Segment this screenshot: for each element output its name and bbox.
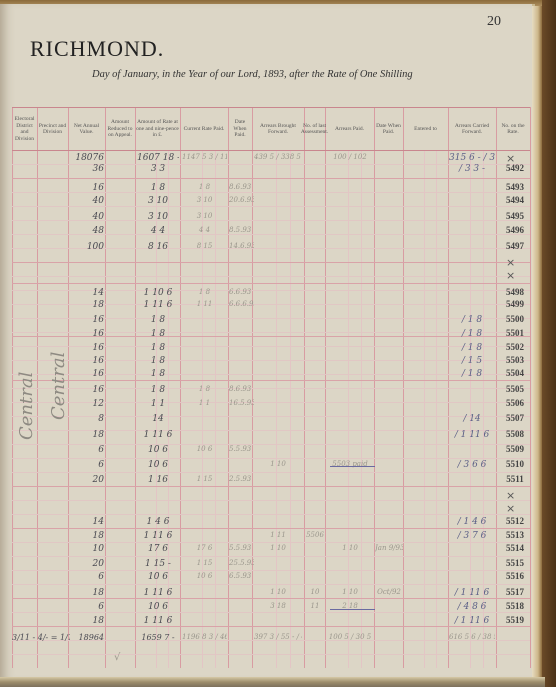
page-number: 20 bbox=[487, 14, 501, 30]
cell-date-paid: 14.6.93 bbox=[229, 242, 254, 250]
cell-current-paid: 1 8 bbox=[182, 385, 227, 393]
cell-nav: 8 bbox=[70, 414, 104, 424]
page-edge-stack bbox=[532, 6, 542, 680]
cell-nav: 6 bbox=[70, 602, 104, 612]
row-rule bbox=[12, 556, 530, 557]
cell-rate: 4 4 bbox=[137, 226, 179, 236]
total-arrears-paid: 100 5 / 30 5 bbox=[327, 633, 373, 641]
money-subrule bbox=[424, 150, 425, 668]
cell-rate: 1 8 bbox=[137, 356, 179, 366]
cell-current-paid: 3 10 bbox=[182, 212, 227, 220]
cell-carried: 315 6 - / 315 6 bbox=[449, 153, 495, 163]
cell-current-paid: 17 6 bbox=[182, 544, 227, 552]
column-header-last-assess: No. of last Assessment. bbox=[305, 108, 324, 150]
cell-arrears-paid: 1 10 bbox=[327, 588, 373, 596]
section-rule bbox=[12, 626, 530, 627]
cell-current-paid: 3 10 bbox=[182, 196, 227, 204]
cell-rate-no: 5493 bbox=[500, 182, 530, 192]
column-header-rate-no: No. on the Rate. bbox=[497, 108, 529, 150]
cell-rate-no: 5513 bbox=[500, 530, 530, 540]
row-rule bbox=[12, 458, 530, 459]
column-rule bbox=[530, 107, 531, 668]
cell-rate-no: 5499 bbox=[500, 299, 530, 309]
cell-rate: 1 11 6 bbox=[137, 588, 179, 598]
cell-rate: 10 6 bbox=[137, 602, 179, 612]
section-rule bbox=[12, 380, 530, 381]
total-rate: 1659 7 - bbox=[137, 633, 179, 642]
cell-current-paid: 1 15 bbox=[182, 559, 227, 567]
cell-current-paid: 4 4 bbox=[182, 226, 227, 234]
book-cover-edge bbox=[542, 0, 556, 687]
cell-arrears-paid: 1 10 bbox=[327, 544, 373, 552]
cell-rate: 10 6 bbox=[137, 460, 179, 470]
column-header-reduced: Amount Reduced to on Appeal. bbox=[106, 108, 134, 150]
total-fraction-note: 3/11 - 4/- = 1/12 bbox=[12, 633, 70, 642]
cell-rate-no: 5512 bbox=[500, 516, 530, 526]
cell-date-paid: 6.6.93 bbox=[229, 288, 254, 296]
cell-nav: 12 bbox=[70, 399, 104, 409]
margin-note-central-1: Central bbox=[16, 372, 37, 440]
row-rule bbox=[12, 500, 530, 501]
cell-nav: 18 bbox=[70, 531, 104, 541]
cell-carried: / 1 11 6 bbox=[449, 616, 495, 626]
row-rule bbox=[12, 514, 530, 515]
cell-rate-no: 5504 bbox=[500, 368, 530, 378]
cell-last-assess: 5506 bbox=[305, 531, 325, 539]
cell-date-paid: 8.5.93 bbox=[229, 226, 254, 234]
cell-rate-no: 5515 bbox=[500, 558, 530, 568]
cell-rate: 10 6 bbox=[137, 445, 179, 455]
column-header-date-paid: Date When Paid. bbox=[229, 108, 251, 150]
cell-date-paid: 8.6.93 bbox=[229, 183, 254, 191]
cancel-cross-icon: × bbox=[506, 256, 515, 269]
row-rule bbox=[12, 276, 530, 277]
column-header-electoral: Electoral District and Division bbox=[13, 108, 36, 150]
cell-current-paid: 1147 5 3 / 1104 8 9 bbox=[182, 153, 227, 161]
cell-nav: 48 bbox=[70, 226, 104, 236]
column-header-carried: Arrears Carried Forward. bbox=[449, 108, 495, 150]
cell-date-paid: 8.6.93 bbox=[229, 385, 254, 393]
cell-date-paid: 6.5.93 bbox=[229, 572, 254, 580]
cell-nav: 16 bbox=[70, 183, 104, 193]
cell-rate-no: 5497 bbox=[500, 241, 530, 251]
cell-current-paid: 8 15 bbox=[182, 242, 227, 250]
cell-rate-no: 5511 bbox=[500, 474, 530, 484]
column-header-current-paid: Current Rate Paid. bbox=[181, 108, 227, 150]
cell-rate: 1607 18 - bbox=[137, 153, 179, 163]
cell-nav: 18 bbox=[70, 300, 104, 310]
cell-carried: / 4 8 6 bbox=[449, 602, 495, 612]
cell-date-paid: 2.5.93 bbox=[229, 475, 254, 483]
cell-current-paid: 1 8 bbox=[182, 183, 227, 191]
cell-rate-no: 5496 bbox=[500, 225, 530, 235]
cell-nav: 40 bbox=[70, 196, 104, 206]
column-header-arrears-bf: Arrears Brought Forward. bbox=[253, 108, 303, 150]
cell-rate-no: 5500 bbox=[500, 314, 530, 324]
column-header-precinct: Precinct and Division bbox=[38, 108, 67, 150]
cell-rate: 1 8 bbox=[137, 329, 179, 339]
column-header-arrears-date: Date When Paid. bbox=[375, 108, 402, 150]
cell-rate-no: 5503 bbox=[500, 355, 530, 365]
cell-rate-no: 5508 bbox=[500, 429, 530, 439]
cell-nav: 36 bbox=[70, 164, 104, 174]
cell-carried: / 3 3 - bbox=[449, 164, 495, 174]
section-rule bbox=[12, 528, 530, 529]
cell-arrears-bf: 1 10 bbox=[254, 544, 302, 552]
cell-arrears-bf: 1 11 bbox=[254, 531, 302, 539]
section-rule bbox=[12, 262, 530, 263]
header-bottom-rule bbox=[12, 150, 530, 151]
cell-date-paid: 20.6.93 bbox=[229, 196, 254, 204]
cell-rate: 1 8 bbox=[137, 369, 179, 379]
cell-nav: 18 bbox=[70, 616, 104, 626]
cell-rate-no: 5510 bbox=[500, 459, 530, 469]
cell-rate-no: 5517 bbox=[500, 587, 530, 597]
cell-rate: 17 6 bbox=[137, 544, 179, 554]
cell-nav: 16 bbox=[70, 343, 104, 353]
cell-rate: 3 10 bbox=[137, 212, 179, 222]
cell-nav: 100 bbox=[70, 242, 104, 252]
cell-arrears-date: Jan 9/93 bbox=[375, 544, 403, 552]
cell-rate: 1 11 6 bbox=[137, 300, 179, 310]
section-rule bbox=[12, 598, 530, 599]
cancel-cross-icon: × bbox=[506, 269, 515, 282]
cancel-cross-icon: × bbox=[506, 502, 515, 515]
cell-rate: 1 8 bbox=[137, 315, 179, 325]
cell-date-paid: 5.5.93 bbox=[229, 445, 254, 453]
cell-rate: 1 11 6 bbox=[137, 616, 179, 626]
section-rule bbox=[12, 486, 530, 487]
row-rule bbox=[12, 654, 530, 655]
cell-current-paid: 10 6 bbox=[182, 445, 227, 453]
row-rule bbox=[12, 472, 530, 473]
cell-rate: 1 11 6 bbox=[137, 430, 179, 440]
cell-rate: 3 3 bbox=[137, 164, 179, 174]
section-rule bbox=[12, 178, 530, 179]
row-rule bbox=[12, 584, 530, 585]
cell-rate-no: 5501 bbox=[500, 328, 530, 338]
cell-rate: 1 10 6 bbox=[137, 288, 179, 298]
cell-nav: 14 bbox=[70, 517, 104, 527]
cell-last-assess: 11 bbox=[305, 602, 325, 610]
cell-current-paid: 1 15 bbox=[182, 475, 227, 483]
cell-rate: 1 8 bbox=[137, 183, 179, 193]
cell-date-paid: 16.5.93 bbox=[229, 399, 254, 407]
cell-carried: / 1 11 6 bbox=[449, 588, 495, 598]
cell-rate: 1 8 bbox=[137, 343, 179, 353]
cell-rate: 1 1 bbox=[137, 399, 179, 409]
row-rule bbox=[12, 206, 530, 207]
cell-date-paid: 25.5.93 bbox=[229, 559, 254, 567]
cell-current-paid: 1 11 bbox=[182, 300, 227, 308]
cell-rate: 1 4 6 bbox=[137, 517, 179, 527]
cell-nav: 16 bbox=[70, 356, 104, 366]
cell-carried: / 1 8 bbox=[449, 315, 495, 325]
column-header-arrears-paid: Arrears Paid. bbox=[326, 108, 373, 150]
total-arrears-bf: 397 3 / 55 - / 452 - - bbox=[254, 633, 302, 641]
cell-nav: 40 bbox=[70, 212, 104, 222]
cell-rate-no: 5492 bbox=[500, 163, 530, 173]
cell-rate: 1 16 bbox=[137, 475, 179, 485]
margin-note-central-2: Central bbox=[48, 352, 69, 420]
cell-rate-no: 5494 bbox=[500, 195, 530, 205]
cell-rate-no: 5516 bbox=[500, 571, 530, 581]
cell-arrears-date: Oct/92 bbox=[375, 588, 403, 596]
cell-nav: 6 bbox=[70, 460, 104, 470]
cell-carried: / 3 6 6 bbox=[449, 460, 495, 470]
column-header-nav: Net Annual Value. bbox=[69, 108, 104, 150]
cell-rate: 8 16 bbox=[137, 242, 179, 252]
cell-nav: 16 bbox=[70, 369, 104, 379]
cell-rate-no: 5519 bbox=[500, 615, 530, 625]
cell-nav: 6 bbox=[70, 445, 104, 455]
cell-carried: / 14 bbox=[449, 414, 495, 424]
cell-rate: 10 6 bbox=[137, 572, 179, 582]
total-nav: 18964 bbox=[68, 633, 104, 642]
cell-nav: 18076 bbox=[70, 153, 104, 163]
money-subrule bbox=[436, 150, 437, 668]
column-header-entered: Entered to bbox=[404, 108, 447, 150]
page-title: RICHMOND. bbox=[30, 36, 164, 62]
cell-rate-no: 5514 bbox=[500, 543, 530, 553]
cell-carried: / 1 4 6 bbox=[449, 517, 495, 527]
cell-carried: / 3 7 6 bbox=[449, 531, 495, 541]
cell-current-paid: 1 8 bbox=[182, 288, 227, 296]
cell-carried: / 1 5 bbox=[449, 356, 495, 366]
cell-arrears-bf: 439 5 / 338 5 3 / 559 5 3 bbox=[254, 153, 302, 161]
cell-date-paid: 5.5.93 bbox=[229, 544, 254, 552]
cell-rate-no: 5509 bbox=[500, 444, 530, 454]
cell-arrears-bf: 3 18 bbox=[254, 602, 302, 610]
cell-nav: 10 bbox=[70, 544, 104, 554]
cell-rate-no: 5505 bbox=[500, 384, 530, 394]
total-current-paid: 1196 8 3 / 463 3 9 bbox=[182, 633, 227, 641]
cell-rate-no: 5498 bbox=[500, 287, 530, 297]
cell-nav: 14 bbox=[70, 288, 104, 298]
cell-nav: 20 bbox=[70, 559, 104, 569]
row-rule bbox=[12, 542, 530, 543]
cell-carried: / 1 8 bbox=[449, 329, 495, 339]
cell-nav: 18 bbox=[70, 430, 104, 440]
cell-nav: 6 bbox=[70, 572, 104, 582]
cell-nav: 16 bbox=[70, 329, 104, 339]
cell-date-paid: 6.6.6.93 bbox=[229, 300, 254, 308]
cancel-cross-icon: × bbox=[506, 489, 515, 502]
cell-rate: 1 15 - bbox=[137, 559, 179, 569]
cell-arrears-bf: 1 10 bbox=[254, 588, 302, 596]
cell-nav: 20 bbox=[70, 475, 104, 485]
cell-carried: / 1 8 bbox=[449, 343, 495, 353]
cell-carried: / 1 8 bbox=[449, 369, 495, 379]
cell-rate-no: 5502 bbox=[500, 342, 530, 352]
cell-rate: 3 10 bbox=[137, 196, 179, 206]
cell-arrears-paid: 100 / 102 bbox=[327, 153, 373, 161]
cell-nav: 16 bbox=[70, 315, 104, 325]
cell-nav: 18 bbox=[70, 588, 104, 598]
cell-rate-no: 5506 bbox=[500, 398, 530, 408]
row-rule bbox=[12, 612, 530, 613]
cell-rate: 1 8 bbox=[137, 385, 179, 395]
cell-rate-no: 5495 bbox=[500, 211, 530, 221]
total-carried: 616 5 6 / 38 5 6 bbox=[449, 633, 495, 641]
cell-current-paid: 10 6 bbox=[182, 572, 227, 580]
page-subtitle: Day of January, in the Year of our Lord,… bbox=[92, 69, 413, 80]
cell-nav: 16 bbox=[70, 385, 104, 395]
section-rule bbox=[12, 283, 530, 284]
row-rule bbox=[12, 570, 530, 571]
strikethrough-mark bbox=[330, 466, 375, 467]
cell-rate-no: 5518 bbox=[500, 601, 530, 611]
column-header-rate: Amount of Rate at one and nine-pence in … bbox=[136, 108, 179, 150]
checkmark-icon: √ bbox=[114, 652, 120, 663]
cell-rate: 1 11 6 bbox=[137, 531, 179, 541]
cell-rate: 14 bbox=[137, 414, 179, 424]
cell-last-assess: 10 bbox=[305, 588, 325, 596]
page-bottom-edge bbox=[0, 677, 545, 687]
cell-carried: / 1 11 6 bbox=[449, 430, 495, 440]
strikethrough-mark bbox=[330, 609, 375, 610]
cell-rate-no: 5507 bbox=[500, 413, 530, 423]
cell-arrears-bf: 1 10 bbox=[254, 460, 302, 468]
cell-current-paid: 1 1 bbox=[182, 399, 227, 407]
